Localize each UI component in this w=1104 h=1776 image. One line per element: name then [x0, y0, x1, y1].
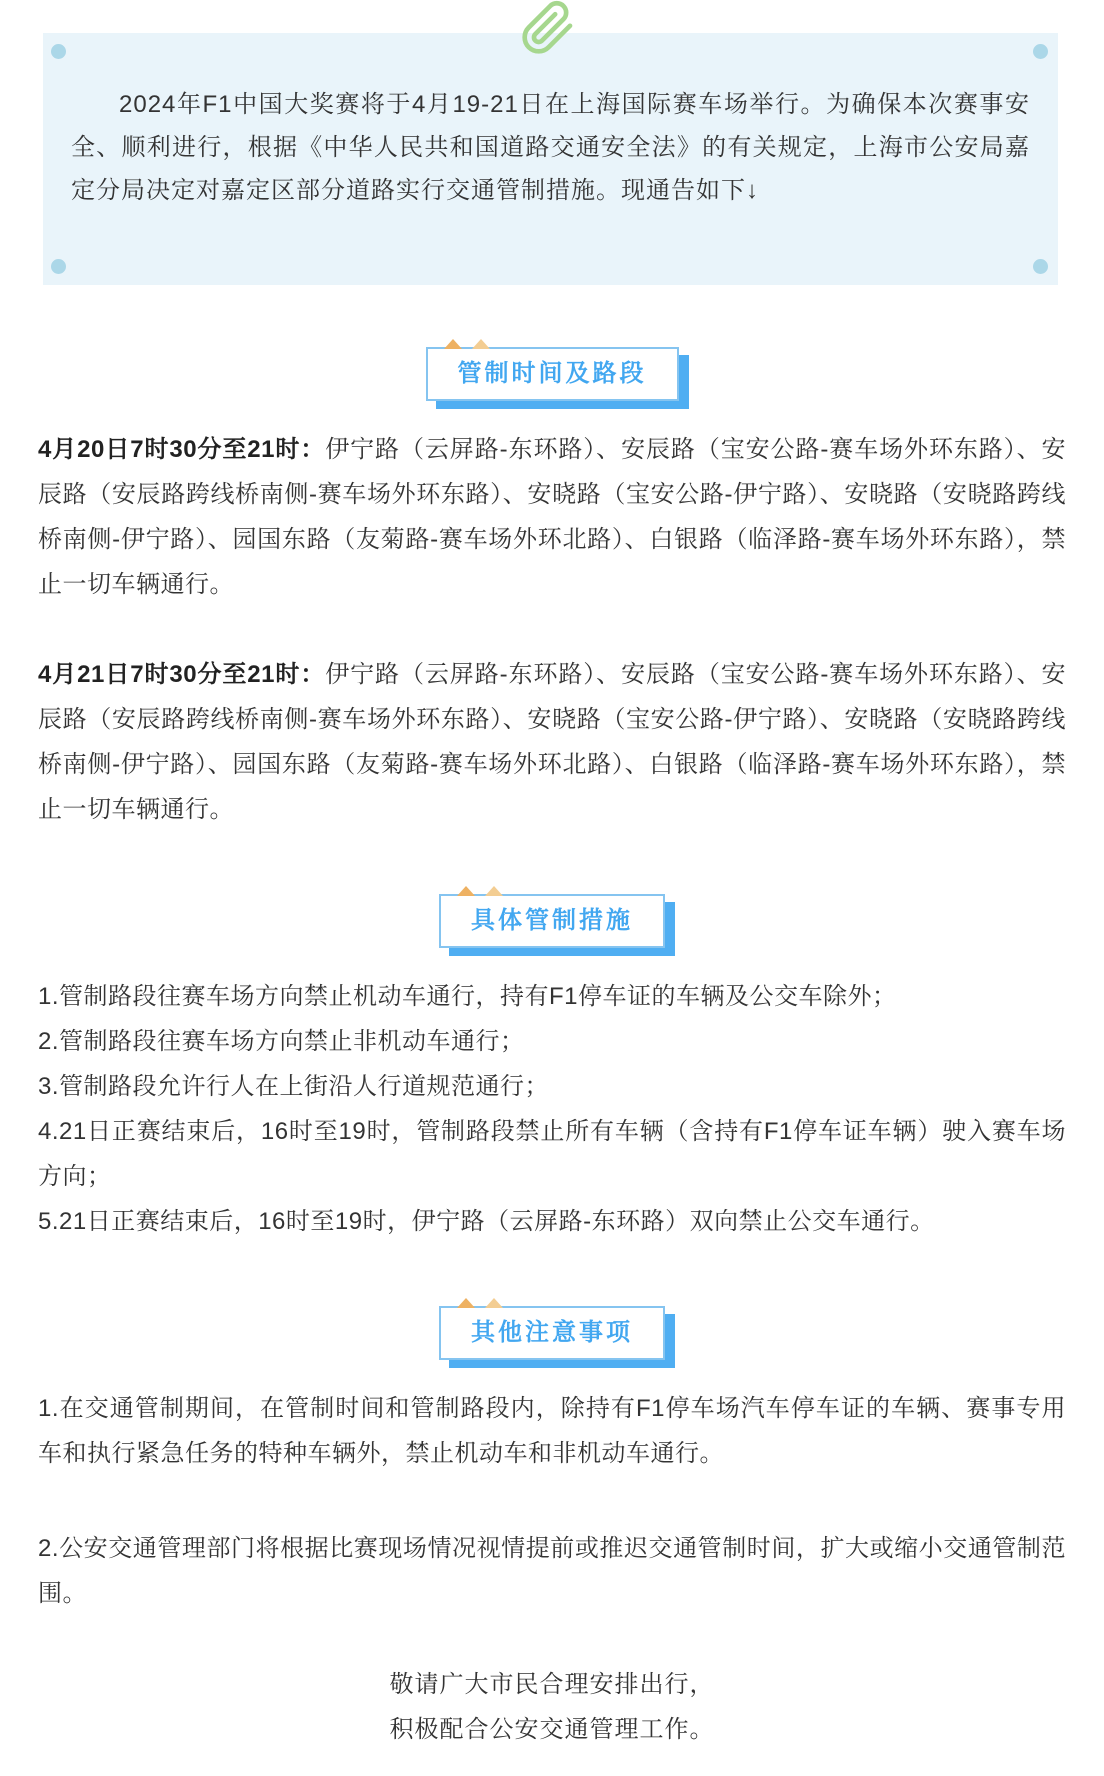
paragraph-lead: 4月20日7时30分至21时： [38, 436, 325, 463]
control-time-content: 4月20日7时30分至21时：伊宁路（云屏路-东环路）、安辰路（宝安公路-赛车场… [0, 427, 1104, 832]
paragraph-april-21: 4月21日7时30分至21时：伊宁路（云屏路-东环路）、安辰路（宝安公路-赛车场… [38, 652, 1066, 832]
section-title-control-time: 管制时间及路段 [426, 347, 679, 401]
closing-line-2: 积极配合公安交通管理工作。 [0, 1707, 1104, 1752]
paperclip-icon [520, 0, 576, 56]
list-item: 1.管制路段往赛车场方向禁止机动车通行，持有F1停车证的车辆及公交车除外； [38, 974, 1066, 1019]
paragraph-lead: 4月21日7时30分至21时： [38, 661, 325, 688]
corner-dot [1033, 44, 1048, 59]
list-item: 4.21日正赛结束后，16时至19时，管制路段禁止所有车辆（含持有F1停车证车辆… [38, 1109, 1066, 1199]
intro-card: 2024年F1中国大奖赛将于4月19-21日在上海国际赛车场举行。为确保本次赛事… [43, 33, 1058, 285]
section-header-control-time: 管制时间及路段 [0, 347, 1104, 401]
closing-line-1: 敬请广大市民合理安排出行， [0, 1662, 1104, 1707]
list-item: 5.21日正赛结束后，16时至19时，伊宁路（云屏路-东环路）双向禁止公交车通行… [38, 1199, 1066, 1244]
section-header-control-measures: 具体管制措施 [0, 894, 1104, 948]
section-title-other-notes: 其他注意事项 [439, 1306, 665, 1360]
other-notes-list: 1.在交通管制期间，在管制时间和管制路段内，除持有F1停车场汽车停车证的车辆、赛… [0, 1386, 1104, 1616]
corner-dot [51, 44, 66, 59]
list-item: 2.管制路段往赛车场方向禁止非机动车通行； [38, 1019, 1066, 1064]
section-title-control-measures: 具体管制措施 [439, 894, 665, 948]
intro-text: 2024年F1中国大奖赛将于4月19-21日在上海国际赛车场举行。为确保本次赛事… [71, 83, 1030, 212]
control-measures-list: 1.管制路段往赛车场方向禁止机动车通行，持有F1停车证的车辆及公交车除外； 2.… [0, 974, 1104, 1244]
section-header-other-notes: 其他注意事项 [0, 1306, 1104, 1360]
list-item: 2.公安交通管理部门将根据比赛现场情况视情提前或推迟交通管制时间，扩大或缩小交通… [38, 1526, 1066, 1616]
corner-dot [51, 259, 66, 274]
corner-dot [1033, 259, 1048, 274]
closing-message: 敬请广大市民合理安排出行， 积极配合公安交通管理工作。 [0, 1662, 1104, 1770]
notice-page: 2024年F1中国大奖赛将于4月19-21日在上海国际赛车场举行。为确保本次赛事… [0, 0, 1104, 1776]
paragraph-april-20: 4月20日7时30分至21时：伊宁路（云屏路-东环路）、安辰路（宝安公路-赛车场… [38, 427, 1066, 607]
list-item: 1.在交通管制期间，在管制时间和管制路段内，除持有F1停车场汽车停车证的车辆、赛… [38, 1386, 1066, 1476]
list-item: 3.管制路段允许行人在上街沿人行道规范通行； [38, 1064, 1066, 1109]
